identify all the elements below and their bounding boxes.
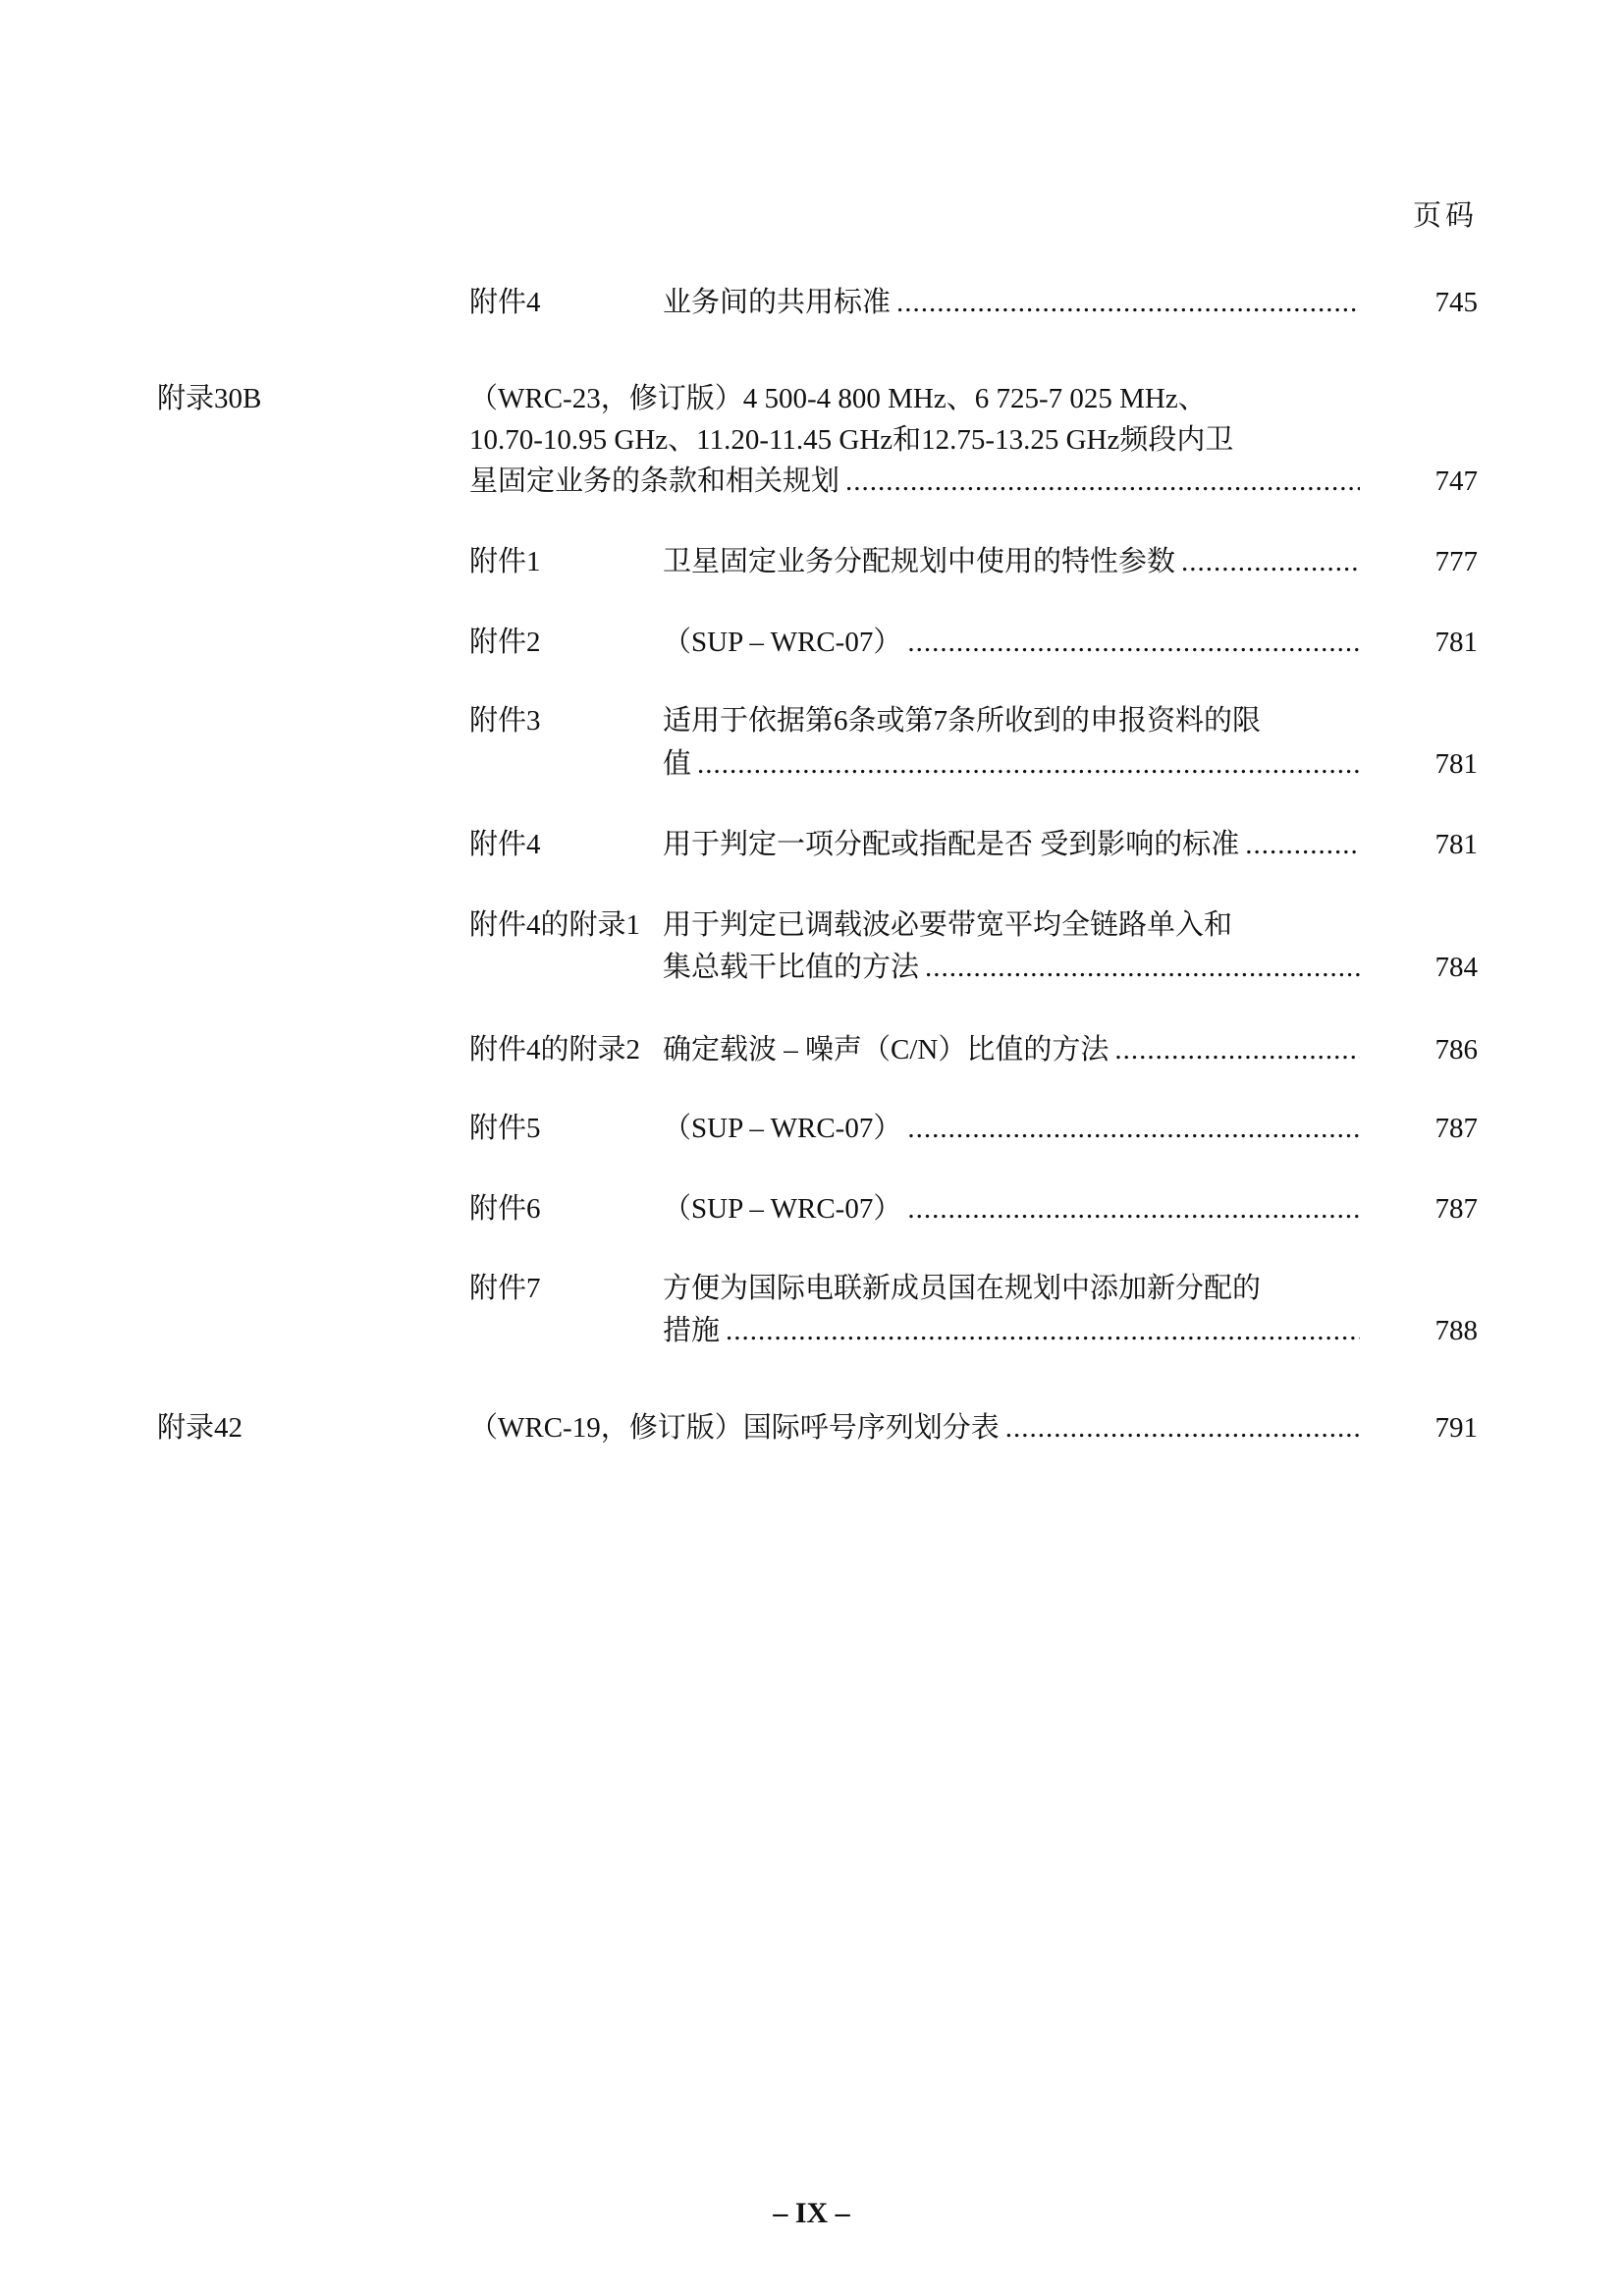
entry-title[interactable]: 确定载波 – 噪声（C/N）比值的方法 xyxy=(663,1032,1360,1067)
entry-page-number[interactable]: 788 xyxy=(1435,1313,1479,1348)
entry-page-number[interactable]: 791 xyxy=(1435,1410,1479,1446)
leader-dots xyxy=(1181,544,1360,579)
entry-title[interactable]: 业务间的共用标准 xyxy=(663,285,1360,320)
leader-dots xyxy=(925,950,1360,985)
entry-label: 附件3 xyxy=(469,703,541,738)
leader-dots xyxy=(907,1191,1360,1227)
entry-page-number[interactable]: 787 xyxy=(1435,1191,1479,1227)
leader-dots xyxy=(697,746,1360,782)
entry-page-number[interactable]: 781 xyxy=(1435,827,1479,862)
leader-dots xyxy=(726,1313,1360,1348)
leader-dots xyxy=(1245,827,1360,862)
entry-label: 附录42 xyxy=(157,1410,243,1446)
leader-dots xyxy=(845,464,1360,499)
leader-dots xyxy=(907,625,1360,660)
entry-title-line[interactable]: 值 xyxy=(663,746,1360,782)
entry-title[interactable]: 用于判定一项分配或指配是否 受到影响的标准 xyxy=(663,827,1360,862)
entry-label: 附录30B xyxy=(157,381,261,416)
entry-label: 附件4 xyxy=(469,827,541,862)
entry-title-line[interactable]: 措施 xyxy=(663,1313,1360,1348)
entry-page-number[interactable]: 787 xyxy=(1435,1111,1479,1146)
entry-title[interactable]: （SUP – WRC-07） xyxy=(663,625,1360,660)
entry-label: 附件4的附录2 xyxy=(469,1032,640,1067)
page-footer-number: – IX – xyxy=(0,2196,1623,2231)
entry-title[interactable]: （WRC-19，修订版）国际呼号序列划分表 xyxy=(469,1410,1360,1446)
entry-page-number[interactable]: 781 xyxy=(1435,746,1479,782)
entry-title-line[interactable]: 10.70-10.95 GHz、11.20-11.45 GHz和12.75-13… xyxy=(469,422,1360,458)
entry-title-line[interactable]: 用于判定已调载波必要带宽平均全链路单入和 xyxy=(663,907,1360,943)
leader-dots xyxy=(1114,1032,1360,1067)
leader-dots xyxy=(896,285,1360,320)
entry-label: 附件5 xyxy=(469,1111,541,1146)
entry-page-number[interactable]: 786 xyxy=(1435,1032,1479,1067)
entry-label: 附件2 xyxy=(469,625,541,660)
entry-page-number[interactable]: 784 xyxy=(1435,950,1479,985)
entry-label: 附件1 xyxy=(469,544,541,579)
entry-label: 附件6 xyxy=(469,1191,541,1227)
entry-title-line[interactable]: 星固定业务的条款和相关规划 xyxy=(469,464,1360,499)
entry-title[interactable]: （SUP – WRC-07） xyxy=(663,1191,1360,1227)
page-column-header: 页码 xyxy=(1413,198,1478,234)
entry-title[interactable]: （SUP – WRC-07） xyxy=(663,1111,1360,1146)
entry-label: 附件7 xyxy=(469,1271,541,1306)
entry-title[interactable]: 卫星固定业务分配规划中使用的特性参数 xyxy=(663,544,1360,579)
leader-dots xyxy=(907,1111,1360,1146)
entry-page-number[interactable]: 777 xyxy=(1435,544,1479,579)
entry-page-number[interactable]: 745 xyxy=(1435,285,1479,320)
entry-page-number[interactable]: 781 xyxy=(1435,625,1479,660)
entry-title-line[interactable]: 集总载干比值的方法 xyxy=(663,950,1360,985)
entry-title-line[interactable]: 适用于依据第6条或第7条所收到的申报资料的限 xyxy=(663,703,1360,738)
entry-title-line[interactable]: （WRC-23，修订版）4 500-4 800 MHz、6 725-7 025 … xyxy=(469,381,1360,416)
entry-title-line[interactable]: 方便为国际电联新成员国在规划中添加新分配的 xyxy=(663,1271,1360,1306)
entry-label: 附件4的附录1 xyxy=(469,907,640,943)
entry-label: 附件4 xyxy=(469,285,541,320)
entry-page-number[interactable]: 747 xyxy=(1435,464,1479,499)
leader-dots xyxy=(1005,1410,1360,1446)
